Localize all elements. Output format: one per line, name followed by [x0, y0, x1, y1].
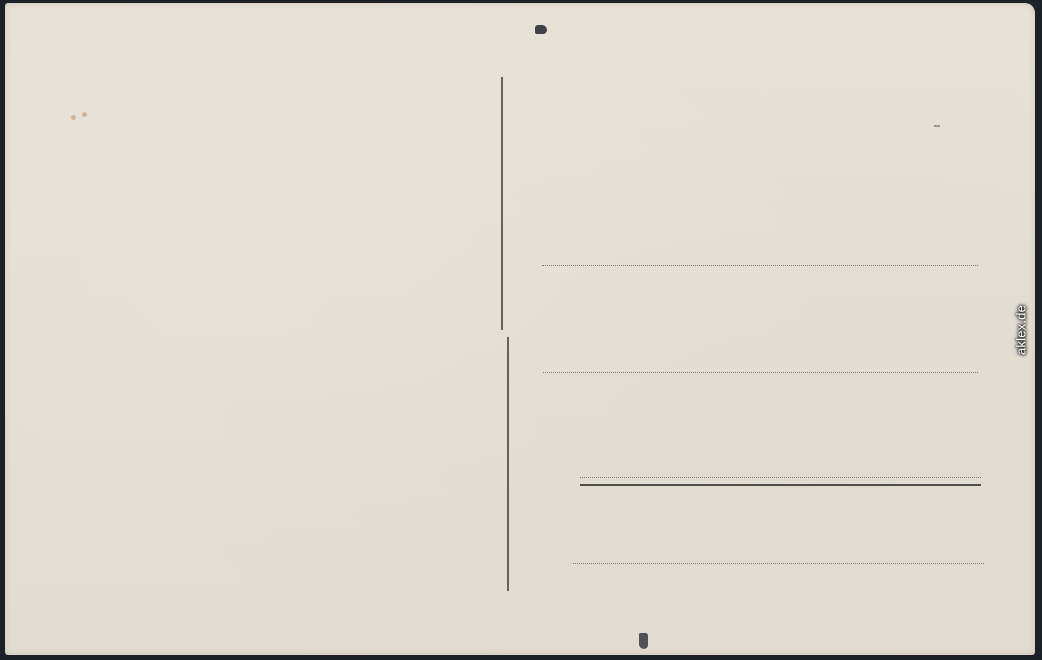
foxing-stain	[82, 112, 87, 117]
address-line-3	[580, 477, 981, 478]
address-line-4	[573, 563, 984, 564]
ink-blot-bottom	[639, 633, 648, 649]
divider-line-upper	[501, 77, 503, 330]
ink-blot-top	[535, 25, 547, 34]
address-line-2	[543, 372, 978, 373]
divider-line-lower	[507, 337, 509, 591]
watermark-text: aklex.de	[1014, 305, 1029, 355]
address-line-1	[542, 265, 978, 266]
foxing-stain	[71, 115, 76, 120]
address-underline	[580, 484, 981, 486]
scan-background: aklex.de	[0, 0, 1042, 660]
postcard-back	[5, 3, 1035, 655]
paper-speck	[934, 125, 940, 127]
